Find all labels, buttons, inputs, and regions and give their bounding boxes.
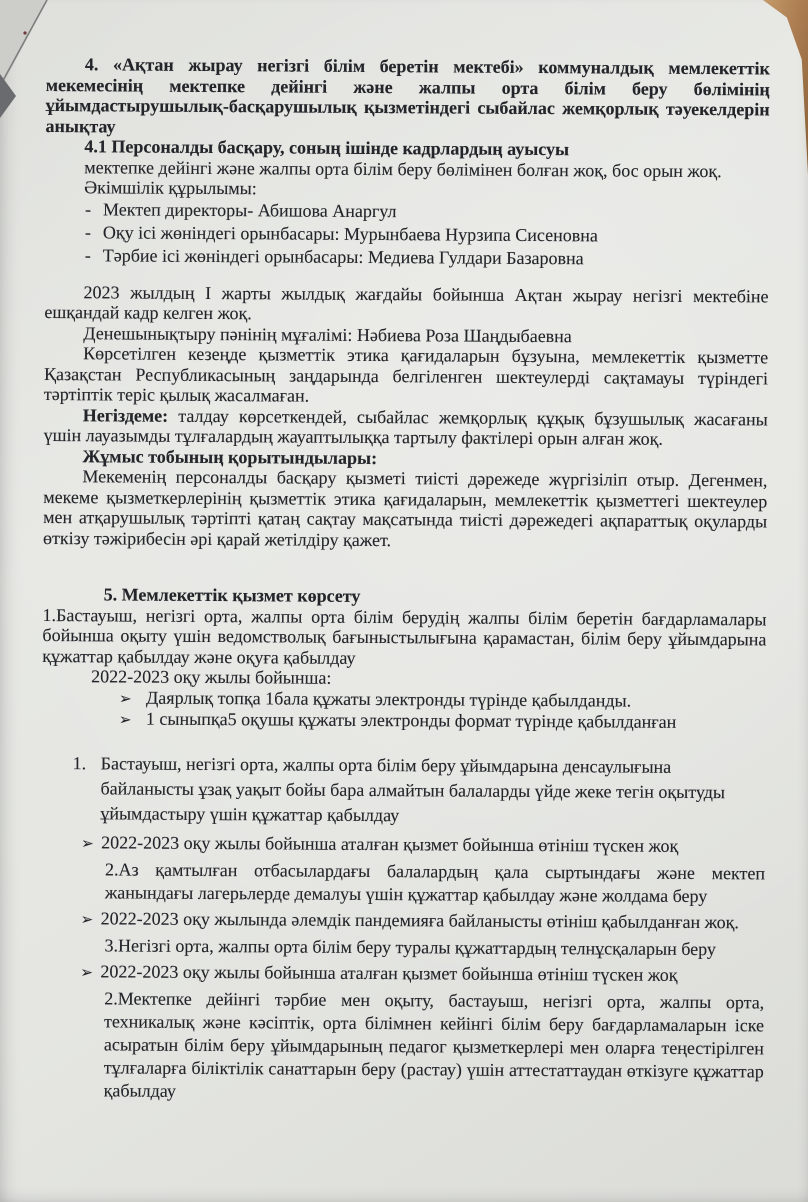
admission-list: ➢ Даярлық топқа 1бала құжаты электронды … — [119, 687, 766, 734]
list-item-text: Мектеп директоры- Абишова Анаргул — [103, 198, 397, 223]
arrow-bullet: ➢ — [81, 832, 101, 855]
conclusions-text: Мекеменің персоналды басқару қызметі тиі… — [43, 466, 767, 552]
dash-bullet: - — [85, 221, 103, 244]
item-number: 1. — [73, 751, 101, 776]
sub-item-2b-text: 2.Мектепке дейінгі тәрбие мен оқыту, бас… — [104, 987, 765, 1106]
dash-bullet: - — [85, 244, 103, 267]
numbered-item-1: 1. Бастауыш, негізгі орта, жалпы орта бі… — [72, 751, 765, 830]
section-5-intro: 1.Бастауыш, негізгі орта, жалпы орта біл… — [42, 604, 766, 670]
document-photo: 4. «Ақтан жырау негізгі білім беретін ме… — [0, 0, 808, 1202]
background-corner — [0, 74, 16, 118]
arrow-bullet: ➢ — [80, 961, 100, 984]
list-item-text: Оқу ісі жөніндегі орынбасары: Мурынбаева… — [103, 221, 598, 247]
document-content: 4. «Ақтан жырау негізгі білім беретін ме… — [40, 54, 770, 1106]
ethics-text: Көрсетілген кезеңде қызметтік этика қағи… — [44, 343, 768, 409]
ink-speck — [23, 31, 26, 34]
list-item-text: Даярлық топқа 1бала құжаты электронды тү… — [146, 687, 631, 710]
list-item-text: 2022-2023 оқу жылында әлемдік пандемияға… — [101, 907, 739, 934]
arrow-bullet: ➢ — [119, 688, 146, 709]
page-corner-graphic — [0, 0, 70, 130]
hiring-2023-text: 2023 жылдың I жарты жылдық жағдайы бойын… — [44, 281, 768, 326]
arrow-bullet: ➢ — [81, 908, 101, 931]
section-4-heading: 4. «Ақтан жырау негізгі білім беретін ме… — [45, 54, 769, 140]
list-item-text: 2022-2023 оқу жылы бойынша аталған қызме… — [101, 831, 678, 858]
list-item-text: 1 сыныпқа5 оқушы құжаты электронды форма… — [146, 709, 676, 733]
list-item-text: Тәрбие ісі жөніндегі орынбасары: Медиева… — [103, 244, 584, 270]
list-item: ➢ 1 сыныпқа5 оқушы құжаты электронды фор… — [119, 708, 766, 733]
sub-item-2a-text: 2.Аз қамтылған отбасылардағы балалардың … — [105, 858, 765, 908]
list-item: - Тәрбие ісі жөніндегі орынбасары: Медие… — [85, 244, 769, 271]
sub-item-3-text: 3.Негізгі орта, жалпы орта білім беру ту… — [104, 934, 764, 961]
basis-paragraph: Негіздеме: талдау көрсеткендей, сыбайлас… — [44, 404, 768, 449]
arrow-bullet: ➢ — [119, 709, 146, 730]
item-text: Бастауыш, негізгі орта, жалпы орта білім… — [100, 751, 765, 830]
list-item: ➢ 2022-2023 оқу жылы бойынша аталған қыз… — [80, 960, 764, 988]
services-list: 1. Бастауыш, негізгі орта, жалпы орта бі… — [40, 750, 766, 1105]
list-item-text: 2022-2023 оқу жылы бойынша аталған қызме… — [100, 960, 677, 987]
basis-label: Негіздеме: — [83, 405, 169, 426]
admin-list: - Мектеп директоры- Абишова Анаргул - Оқ… — [85, 198, 769, 271]
dash-bullet: - — [85, 198, 103, 221]
list-item: ➢ 2022-2023 оқу жылында әлемдік пандемия… — [81, 907, 765, 935]
list-item: ➢ 2022-2023 оқу жылы бойынша аталған қыз… — [81, 831, 765, 859]
